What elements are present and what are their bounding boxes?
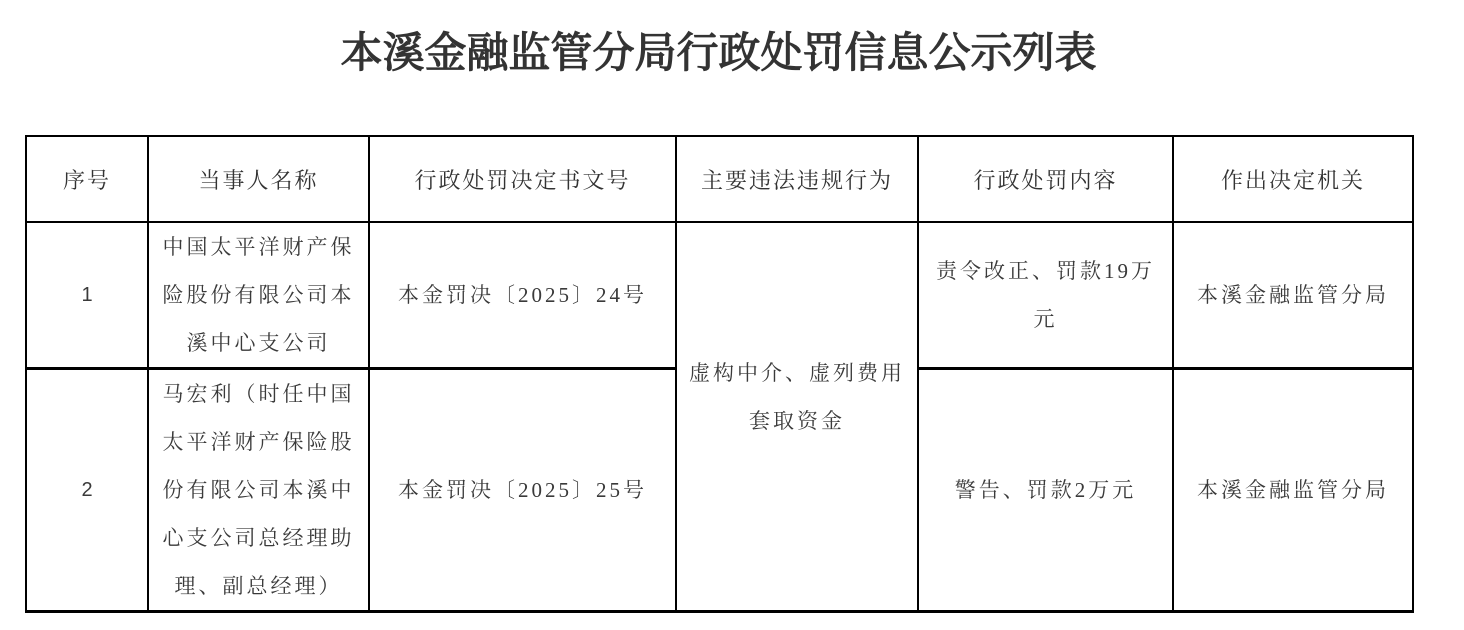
cell-penalty-2: 警告、罚款2万元 (918, 369, 1173, 612)
header-doc-no: 行政处罚决定书文号 (369, 136, 676, 222)
cell-authority-2: 本溪金融监管分局 (1173, 369, 1413, 612)
header-serial: 序号 (26, 136, 148, 222)
header-authority: 作出决定机关 (1173, 136, 1413, 222)
cell-serial-2: 2 (26, 369, 148, 612)
table-header-row: 序号 当事人名称 行政处罚决定书文号 主要违法违规行为 行政处罚内容 作出决定机… (26, 136, 1413, 222)
cell-authority-1: 本溪金融监管分局 (1173, 222, 1413, 369)
cell-doc-no-2: 本金罚决〔2025〕25号 (369, 369, 676, 612)
cell-violation-merged: 虚构中介、虚列费用 套取资金 (676, 222, 918, 612)
cell-party-2: 马宏利（时任中国 太平洋财产保险股 份有限公司本溪中 心支公司总经理助 理、副总… (148, 369, 369, 612)
header-penalty: 行政处罚内容 (918, 136, 1173, 222)
header-party: 当事人名称 (148, 136, 369, 222)
page-title: 本溪金融监管分局行政处罚信息公示列表 (25, 28, 1412, 78)
cell-party-1: 中国太平洋财产保 险股份有限公司本 溪中心支公司 (148, 222, 369, 369)
table-row: 1 中国太平洋财产保 险股份有限公司本 溪中心支公司 本金罚决〔2025〕24号… (26, 222, 1413, 369)
penalty-table: 序号 当事人名称 行政处罚决定书文号 主要违法违规行为 行政处罚内容 作出决定机… (25, 135, 1414, 613)
cell-penalty-1: 责令改正、罚款19万 元 (918, 222, 1173, 369)
page-container: 本溪金融监管分局行政处罚信息公示列表 序号 当事人名称 行政处罚决定书文号 主要… (0, 0, 1464, 613)
cell-serial-1: 1 (26, 222, 148, 369)
header-violation: 主要违法违规行为 (676, 136, 918, 222)
cell-doc-no-1: 本金罚决〔2025〕24号 (369, 222, 676, 369)
